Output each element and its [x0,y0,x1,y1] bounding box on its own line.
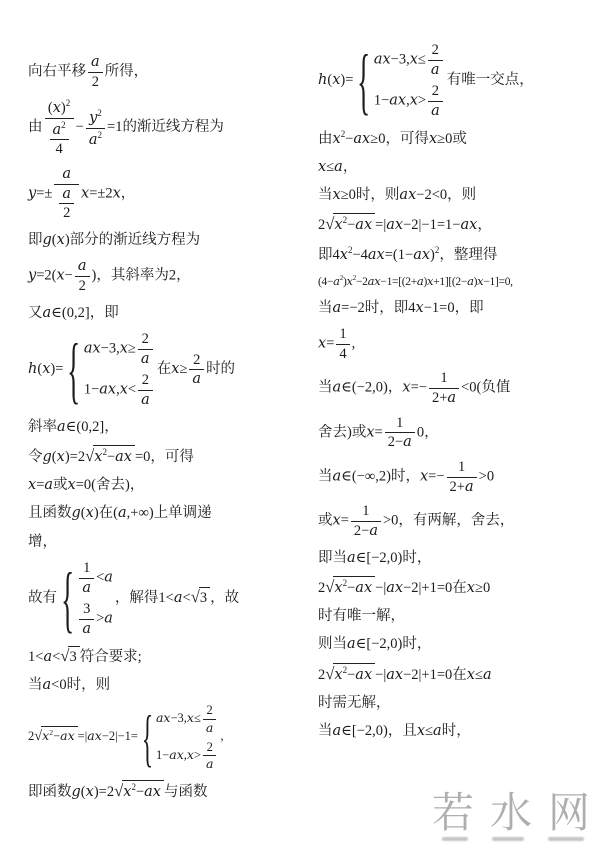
math-char: − [436,469,444,485]
cjk-text: ， [104,419,119,435]
math-char: a [99,382,108,398]
cjk-text: 当 [318,380,333,396]
math-char: a [389,93,398,109]
math-run: <0 [461,380,476,396]
math-run: 1−ax,x> [374,93,426,109]
math-run: −4ax=(1−ax) [352,246,434,262]
document-page: 向右平移a2所得，由(x)2a24−y2a2=1的渐近线方程为y=±aa2x=±… [0,0,600,849]
math-char: x [362,131,370,147]
square-root: √x2−ax [325,576,375,598]
fraction: 12+a [427,370,461,406]
cjk-text: ，整理得 [439,246,497,262]
cjk-text: 当 [28,677,43,693]
math-run: h(x)= [318,72,353,88]
radicand: 3 [68,646,79,667]
fraction-denominator: a2 [86,129,105,149]
math-char: 2 [318,580,325,596]
math-char: 2 [78,449,85,465]
cases-group: {ax−3,x≥2a1−ax,x<2a [65,331,154,409]
math-char: 2 [206,703,212,717]
math-run: g(x)=2 [72,784,115,800]
fraction-numerator: 2 [189,352,204,371]
math-char: g [72,784,81,800]
math-char: ∞ [138,505,148,521]
fraction-numerator: 2 [428,83,443,102]
math-char: x [68,728,75,743]
math-char: 0 [487,469,494,485]
math-char: < [166,590,174,606]
formula-line: 当a∈(−∞,2)时，x=−12+a>0 [318,459,592,495]
math-char: = [55,361,63,377]
left-column: 向右平移a2所得，由(x)2a24−y2a2=1的渐近线方程为y=±aa2x=±… [28,34,302,810]
fraction-numerator: 2 [138,372,153,391]
math-char: 0 [67,305,74,321]
math-char: x [124,449,132,465]
math-char: 1 [430,217,437,233]
cjk-text: 时，则 [356,187,400,203]
math-char: x [334,667,342,683]
math-char: x [120,340,128,356]
math-char: − [357,723,365,739]
math-run: −ax [53,729,75,743]
math-char: a [141,351,150,367]
formula-line: y=2(x−a2)，其斜率为2， [28,258,302,294]
math-char: ∈ [341,380,352,396]
math-char: a [60,728,67,743]
math-run: 2−a [354,523,378,539]
math-run: −|ax−2|+1=0 [375,580,452,596]
formula-line: x≤a， [318,157,592,177]
math-char: 3 [69,649,76,665]
math-char: 4 [339,346,346,362]
math-char: + [421,667,429,683]
fraction-denominator: 2+a [447,478,477,496]
math-run: x=0 [68,477,92,493]
math-run: a [192,371,201,387]
cjk-text: ，故 [210,590,239,606]
fraction-numerator: a [75,258,90,277]
math-char: x [467,667,475,683]
cjk-text: ，解得 [115,590,159,606]
fraction-numerator: 1 [385,415,415,434]
fraction-numerator: 2 [138,331,153,350]
math-char: 3 [200,590,207,606]
cases-rows: ax−3,x≤2a1−ax,x>2a [374,42,445,120]
square-root: √3 [191,587,210,608]
fraction: a2 [57,186,76,222]
fraction: 2a [136,372,155,408]
math-char: x [366,424,374,440]
math-run: a [431,62,440,78]
fraction: aa2 [52,166,81,222]
cases-row: ax−3,x≤2a [374,42,445,78]
fraction-numerator: (x)2 [45,98,74,119]
fraction-denominator: a2 [54,185,79,222]
math-char: 3 [399,52,406,68]
cjk-text: 由 [318,131,333,147]
math-char: x [377,246,385,262]
math-run: (4−a [318,276,340,288]
cjk-text: 在 [452,580,467,596]
square-root: √x2−ax [34,726,77,746]
cjk-text: ，则 [447,187,476,203]
cjk-text: ，可得 [385,131,429,147]
math-run: )x [343,276,353,288]
math-char: 0 [349,187,356,203]
math-char: x [28,477,36,493]
formula-line: 又a∈(0,2]，即 [28,303,302,323]
fraction-numerator: y2 [86,108,105,129]
math-char: 2 [63,205,70,221]
math-run: y=2(x− [28,268,73,284]
cjk-text: ，可得 [150,449,194,465]
math-char: a [355,667,364,683]
math-char: − [170,711,177,725]
math-char: 2 [193,352,200,368]
math-char: x [56,268,64,284]
math-char: ∈ [341,723,352,739]
math-run: 2 [432,42,439,58]
math-char: 0 [376,723,383,739]
cjk-text: 有唯一交点， [447,72,534,88]
math-char: ≥ [475,580,483,596]
math-char: x [364,217,372,233]
cases-group: {ax−3,x≤2a1−ax,x>2a [355,42,444,120]
formula-line: 2√x2−ax−|ax−2|+1=0在x≤a [318,663,592,685]
math-run: 3 [200,590,207,606]
fraction: a2 [86,54,105,90]
watermark-subtext-blur [492,837,524,841]
math-run: a∈(−2,0) [333,380,388,396]
math-char: a [89,132,98,148]
math-char: > [418,93,426,109]
superscript: 2 [66,98,71,108]
radicand: x2−ax [333,663,375,685]
cjk-text: 舍去)或 [318,424,366,440]
cjk-text: 则当 [318,636,347,652]
math-char: x [86,784,94,800]
math-char: x [57,449,65,465]
math-char: h [28,361,37,377]
fraction-numerator: 2 [203,703,216,719]
fraction: a2 [73,258,92,294]
cases-brace: { [61,562,74,636]
math-run: 1 [83,560,90,576]
math-run: a∈[−2,0) [347,550,402,566]
math-char: a [386,667,395,683]
math-run: >a [96,611,113,627]
cjk-text: 故有 [28,590,57,606]
math-run: 1 [339,326,346,342]
math-run: , [220,729,223,743]
cjk-text: ，即 [455,300,484,316]
formula-line: h(x)={ax−3,x≤2a1−ax,x>2a有唯一交点， [318,42,592,120]
fraction-denominator: 4 [50,140,69,158]
formula-line: 2√x2−ax=|ax−2|−1=1−ax， [318,213,592,235]
math-run: 4x [333,246,348,262]
math-run: a [53,122,62,138]
math-char: 0 [483,580,490,596]
math-char: ∈ [356,550,367,566]
math-run: ax−2<0 [399,187,447,203]
math-run: x≤a [417,723,442,739]
math-char: x [395,667,403,683]
math-char: = [135,449,143,465]
fraction-denominator: 2−a [351,522,381,540]
math-char: > [383,513,391,529]
math-char: ≤ [418,52,426,68]
math-char: a [368,246,377,262]
fraction: 12−a [383,415,417,451]
cjk-text: 时， [442,723,471,739]
math-char: a [192,371,201,387]
cases-row: 1a<a [77,560,113,596]
math-run: g(x)=2 [43,449,86,465]
math-run: a [62,186,71,202]
math-run: x≥0 [467,580,490,596]
math-char: g [72,505,81,521]
fraction-denominator: a [189,370,204,388]
math-run: −ax [347,580,372,596]
math-char: 2 [105,185,112,201]
math-char: a [206,720,213,735]
radicand: x2−ax [41,726,78,746]
cjk-text: 上单调递 [154,505,212,521]
cases-row: ax−3,x≥2a [84,331,155,367]
cjk-text: ，即 [90,305,119,321]
math-run: ax−3,x≤ [156,711,201,725]
math-char: ≤ [425,723,433,739]
math-char: a [465,479,474,495]
math-run: x≥ [171,361,187,377]
square-root: √x2−ax [325,213,375,235]
math-char: = [107,120,115,136]
math-char: x [92,340,100,356]
fraction-numerator: a [54,166,79,185]
math-char: ≤ [194,711,201,725]
math-char: h [318,72,327,88]
math-char: = [78,729,85,743]
math-run: 1−ax,x< [84,382,136,398]
cjk-text: 的渐近线方程为 [122,120,224,136]
math-char: a [78,258,87,274]
math-run: >0 [383,513,398,529]
radicand: x2−ax [93,445,135,467]
square-root: √3 [60,646,79,667]
math-char: ≥ [179,361,187,377]
math-char: y [28,268,36,284]
math-char: 2 [142,331,149,347]
cjk-text: ，且 [388,723,417,739]
two-column-layout: 向右平移a2所得，由(x)2a24−y2a2=1的渐近线方程为y=±aa2x=±… [0,0,600,810]
math-char: a [141,392,150,408]
math-run: 2 [142,372,149,388]
math-run: a [82,621,91,637]
fraction: 2a [136,331,155,367]
right-column: h(x)={ax−3,x≤2a1−ax,x>2a有唯一交点，由x2−ax≥0，可… [318,34,592,810]
cjk-text: 当 [318,300,333,316]
math-char: x [410,93,418,109]
square-root: √x2−ax [114,780,164,802]
math-char: a [347,636,356,652]
math-char: 2 [107,784,114,800]
cjk-text: 时，则 [67,677,111,693]
math-run: 4 [55,141,62,157]
math-run: 2+a [450,479,474,495]
math-char: x [382,52,390,68]
math-char: x [402,380,410,396]
math-char: a [355,217,364,233]
math-run: a [89,132,98,148]
math-char: 1 [430,667,437,683]
math-char: 2 [318,217,325,233]
math-run: 2−a [388,434,412,450]
fraction-denominator: 4 [336,345,349,363]
math-char: ∈ [66,419,77,435]
fraction-denominator: a [428,102,443,120]
math-char: 1 [396,415,403,431]
cases-row: 1−ax,x>2a [374,83,445,119]
math-char: = [345,72,353,88]
math-run: a<0 [43,677,67,693]
math-char: ∈ [341,469,352,485]
math-char: 2 [411,667,418,683]
fraction-denominator: 2 [59,204,74,222]
math-char: x [333,513,341,529]
math-char: , [510,276,513,288]
cjk-text: 或 [452,131,467,147]
watermark: 若水网 [432,790,590,841]
cjk-text: 即 [318,246,333,262]
cjk-text: 即函数 [28,784,72,800]
cjk-text: 所得， [105,64,149,80]
math-char: 2 [358,300,365,316]
superscript: 2 [97,108,102,118]
math-run: ax−3,x≥ [84,340,136,356]
math-char: = [70,449,78,465]
math-char: − [405,246,413,262]
cases-group: {1a<a3a>a [59,560,113,638]
math-run: x=a [28,477,53,493]
math-char: a [43,649,52,665]
fraction: 12+a [445,459,479,495]
math-char: = [76,477,84,493]
math-run: 2 [63,205,70,221]
math-char: a [87,728,94,743]
fraction-numerator: 3 [79,601,94,620]
formula-line: 当a∈(−2,0)，x=−12+a<0(负值 [318,370,592,406]
math-char: 2 [411,580,418,596]
formula-line: 2√x2−ax=|ax−2|−1={ax−3,x≤2a1−ax,x>2a, [28,703,302,772]
formula-line: 当a<0时，则 [28,675,302,695]
math-char: ≤ [326,159,334,175]
cjk-text: ， [388,380,403,396]
math-run: a [141,392,150,408]
cjk-text: 当 [318,723,333,739]
math-char: x [86,505,94,521]
radicand: x2−ax [333,213,375,235]
math-char: 1 [158,590,165,606]
cjk-text: 即当 [318,550,347,566]
math-run: a [206,757,213,771]
cases-brace: { [358,44,371,118]
math-char: 1 [339,326,346,342]
fraction-denominator: a [203,720,216,735]
math-char: 1 [458,459,465,475]
fraction-denominator: a24 [45,119,74,158]
fraction: 3a [77,601,96,637]
fraction: 12−a [349,503,383,539]
fraction-denominator: a [79,620,94,638]
math-run: x≥0 [333,187,356,203]
formula-line: 或x=12−a>0，有两解，舍去， [318,503,592,539]
cjk-text: 斜率 [28,419,57,435]
fraction-numerator: 1 [429,370,459,389]
cjk-text: ，有两解，舍去， [398,513,514,529]
math-run: 3 [69,649,76,665]
math-char: a [433,723,442,739]
formula-line: 2√x2−ax−|ax−2|+1=0在x≥0 [318,576,592,598]
cjk-text: 时， [402,550,431,566]
math-char: = [131,729,138,743]
math-char: 4 [333,246,340,262]
fraction: 2a [426,83,445,119]
radicand: 3 [199,587,210,608]
math-char: a [43,677,52,693]
math-char: x [113,185,121,201]
math-run: −ax≥0 [345,131,385,147]
math-char: − [421,217,429,233]
math-run: x [334,580,342,596]
fraction-denominator: a [138,391,153,409]
math-char: − [419,380,427,396]
math-run: <a [96,569,113,585]
math-run: 3 [83,601,90,617]
fraction-numerator: 1 [79,560,94,579]
math-run: x= [366,424,382,440]
cjk-text: 时， [402,636,431,652]
math-char: ∈ [356,636,367,652]
cases-brace: { [68,333,81,407]
math-char: x [333,131,341,147]
math-run: a [206,721,213,735]
math-run: 1 [458,459,465,475]
math-char: x [81,185,89,201]
math-char: x [422,246,430,262]
math-char: 1 [398,246,405,262]
math-char: 2 [379,550,386,566]
math-char: 0 [390,550,397,566]
math-run: 1<a< [158,590,190,606]
math-char: x [398,93,406,109]
formula-line: 即4x2−4ax=(1−ax)2，整理得 [318,244,592,265]
formula-line: x=14, [318,326,592,362]
math-char: − [101,340,109,356]
math-char: 3 [109,340,116,356]
fraction-denominator: 2 [75,277,90,295]
cases-rows: ax−3,x≤2a1−ax,x>2a [156,703,219,772]
math-run: a [91,54,100,70]
formula-line: x=a或x=0(舍去)， [28,475,302,495]
fraction: 2a [201,740,218,772]
cjk-text: ， [121,185,136,201]
formula-line: 时需无解， [318,693,592,713]
formula-line: h(x)={ax−3,x≥2a1−ax,x<2a在x≥2a时的 [28,331,302,409]
math-char: − [391,52,399,68]
math-char: 2 [432,42,439,58]
math-char: 2 [432,83,439,99]
math-run: g(x) [43,232,70,248]
